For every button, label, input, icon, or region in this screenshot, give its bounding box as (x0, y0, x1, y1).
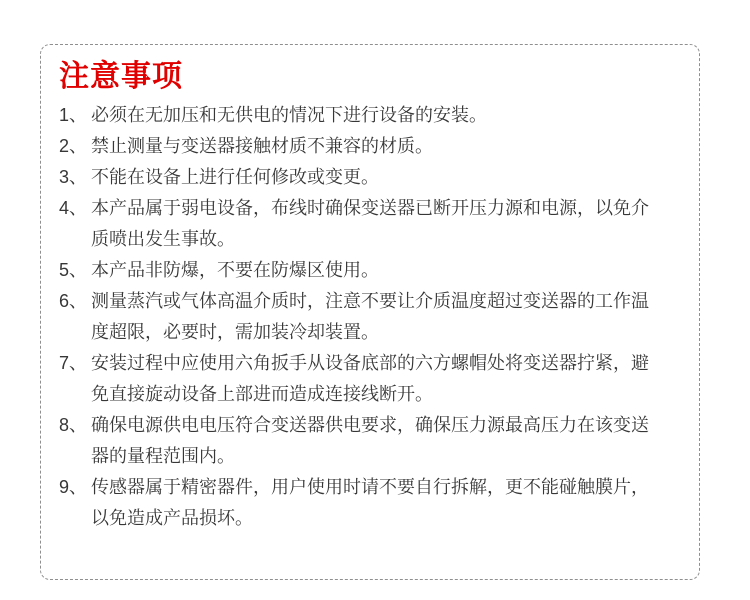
list-item: 1、 必须在无加压和无供电的情况下进行设备的安装。 (59, 100, 681, 131)
item-line: 本产品属于弱电设备，布线时确保变送器已断开压力源和电源，以免介 (91, 193, 681, 224)
item-line: 必须在无加压和无供电的情况下进行设备的安装。 (91, 100, 681, 131)
page: { "notice": { "title": "注意事项", "title_co… (0, 0, 750, 600)
item-number: 7、 (59, 348, 91, 379)
item-text: 传感器属于精密器件，用户使用时请不要自行拆解，更不能碰触膜片， 以免造成产品损坏… (91, 472, 681, 534)
item-line: 测量蒸汽或气体高温介质时，注意不要让介质温度超过变送器的工作温 (91, 286, 681, 317)
item-number: 8、 (59, 410, 91, 441)
item-number: 1、 (59, 100, 91, 131)
item-line: 禁止测量与变送器接触材质不兼容的材质。 (91, 131, 681, 162)
item-number: 3、 (59, 162, 91, 193)
item-line: 器的量程范围内。 (91, 441, 681, 472)
list-item: 3、 不能在设备上进行任何修改或变更。 (59, 162, 681, 193)
list-item: 2、 禁止测量与变送器接触材质不兼容的材质。 (59, 131, 681, 162)
item-number: 4、 (59, 193, 91, 224)
item-number: 2、 (59, 131, 91, 162)
item-number: 5、 (59, 255, 91, 286)
item-line: 免直接旋动设备上部进而造成连接线断开。 (91, 379, 681, 410)
item-line: 以免造成产品损坏。 (91, 503, 681, 534)
list-item: 8、 确保电源供电电压符合变送器供电要求，确保压力源最高压力在该变送 器的量程范… (59, 410, 681, 472)
item-line: 传感器属于精密器件，用户使用时请不要自行拆解，更不能碰触膜片， (91, 472, 681, 503)
item-number: 6、 (59, 286, 91, 317)
list-item: 7、 安装过程中应使用六角扳手从设备底部的六方螺帽处将变送器拧紧，避 免直接旋动… (59, 348, 681, 410)
item-text: 不能在设备上进行任何修改或变更。 (91, 162, 681, 193)
item-line: 确保电源供电电压符合变送器供电要求，确保压力源最高压力在该变送 (91, 410, 681, 441)
item-text: 安装过程中应使用六角扳手从设备底部的六方螺帽处将变送器拧紧，避 免直接旋动设备上… (91, 348, 681, 410)
item-text: 必须在无加压和无供电的情况下进行设备的安装。 (91, 100, 681, 131)
item-line: 质喷出发生事故。 (91, 224, 681, 255)
item-text: 本产品非防爆，不要在防爆区使用。 (91, 255, 681, 286)
item-text: 确保电源供电电压符合变送器供电要求，确保压力源最高压力在该变送 器的量程范围内。 (91, 410, 681, 472)
item-number: 9、 (59, 472, 91, 503)
item-text: 本产品属于弱电设备，布线时确保变送器已断开压力源和电源，以免介 质喷出发生事故。 (91, 193, 681, 255)
item-line: 安装过程中应使用六角扳手从设备底部的六方螺帽处将变送器拧紧，避 (91, 348, 681, 379)
precautions-panel: 注意事项 1、 必须在无加压和无供电的情况下进行设备的安装。 2、 禁止测量与变… (40, 44, 700, 580)
item-line: 不能在设备上进行任何修改或变更。 (91, 162, 681, 193)
list-item: 9、 传感器属于精密器件，用户使用时请不要自行拆解，更不能碰触膜片， 以免造成产… (59, 472, 681, 534)
list-item: 6、 测量蒸汽或气体高温介质时，注意不要让介质温度超过变送器的工作温 度超限，必… (59, 286, 681, 348)
page-title: 注意事项 (59, 61, 681, 93)
item-line: 本产品非防爆，不要在防爆区使用。 (91, 255, 681, 286)
item-text: 禁止测量与变送器接触材质不兼容的材质。 (91, 131, 681, 162)
list-item: 5、 本产品非防爆，不要在防爆区使用。 (59, 255, 681, 286)
item-text: 测量蒸汽或气体高温介质时，注意不要让介质温度超过变送器的工作温 度超限，必要时，… (91, 286, 681, 348)
item-line: 度超限，必要时，需加装冷却装置。 (91, 317, 681, 348)
list-item: 4、 本产品属于弱电设备，布线时确保变送器已断开压力源和电源，以免介 质喷出发生… (59, 193, 681, 255)
precautions-list: 1、 必须在无加压和无供电的情况下进行设备的安装。 2、 禁止测量与变送器接触材… (59, 100, 681, 534)
